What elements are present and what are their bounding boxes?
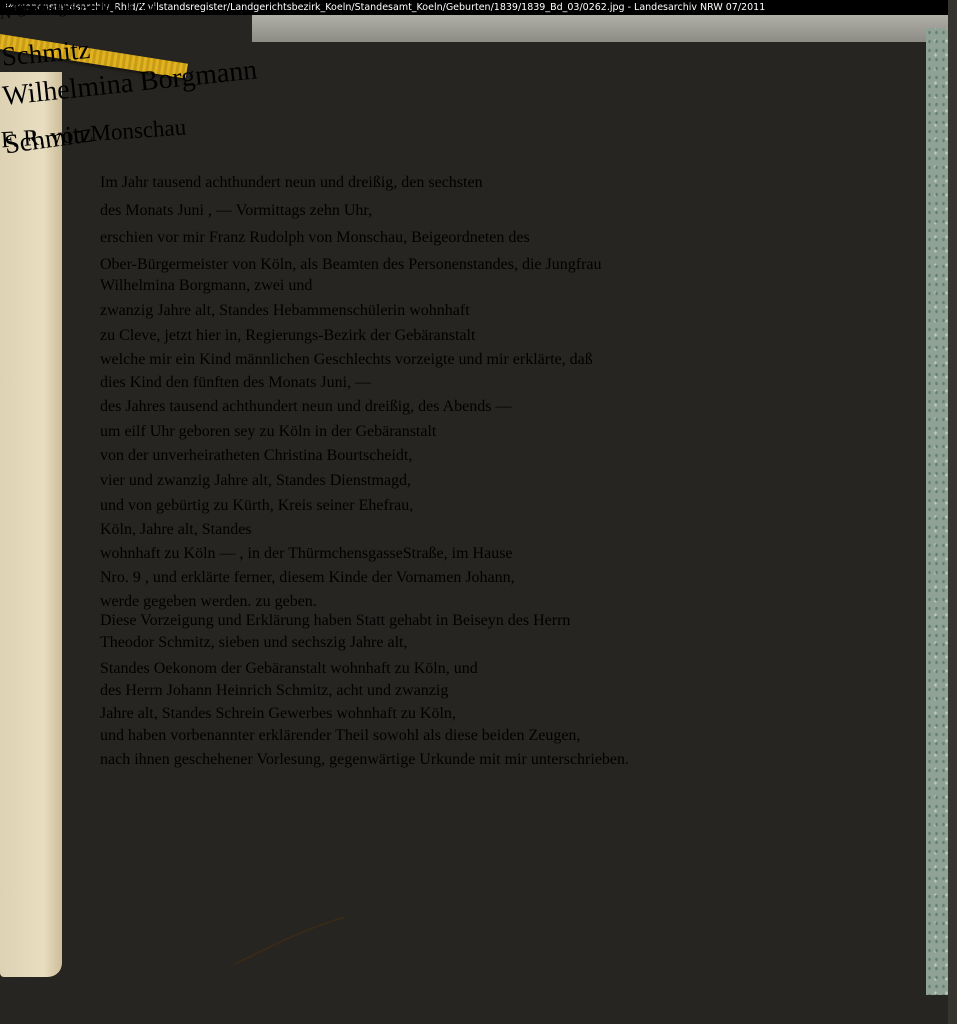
text-segment: sechsten xyxy=(428,174,482,191)
text-segment: Im Jahr tausend achthundert xyxy=(100,174,285,191)
text-segment: Köln — xyxy=(184,545,240,562)
text-segment: neun xyxy=(285,174,320,191)
text-segment: Köln, xyxy=(414,660,454,677)
text-segment: Franz Rudolph von Monschau, Beigeordnete… xyxy=(209,229,530,246)
text-segment: gebürtig zu Kürth, Kreis xyxy=(156,497,316,514)
bezirk-label: Regierungs-Bezirk Köln. xyxy=(0,0,161,18)
text-segment: der Gebäranstalt xyxy=(370,327,475,344)
text-segment: Geschlechts vorzeigte und mir erklärte, … xyxy=(314,351,593,368)
text-segment: in der Gebäranstalt xyxy=(315,423,437,440)
text-segment: des Monats xyxy=(243,374,320,391)
facing-page-edge xyxy=(0,72,62,977)
text-segment: wohnhaft zu xyxy=(100,545,184,562)
text-segment: Jahre alt, xyxy=(350,634,408,651)
document-line: Diese Vorzeigung und Erklärung haben Sta… xyxy=(100,612,570,630)
document-line: Jahre alt, Standes Schrein Gewerbes wohn… xyxy=(100,705,456,723)
text-segment: Uhr geboren sey zu Köln xyxy=(150,423,315,440)
text-segment: dies Kind den xyxy=(100,374,193,391)
text-segment: Jahre alt, Standes xyxy=(157,302,273,319)
document-line: des Jahres tausend achthundert neun und … xyxy=(100,398,511,416)
text-segment: fünften xyxy=(193,374,243,391)
text-segment: Jahre alt, Standes xyxy=(140,521,252,538)
text-segment: seiner Ehefrau, xyxy=(316,497,413,514)
text-segment: welche mir ein Kind xyxy=(100,351,235,368)
text-segment: Jahre alt, Standes xyxy=(214,472,330,489)
text-segment: Johann, xyxy=(465,569,514,586)
text-segment: Jahre alt, Standes xyxy=(100,705,216,722)
text-segment: eilf xyxy=(124,423,149,440)
text-segment: Dienstmagd, xyxy=(330,472,411,489)
text-segment: vier und zwanzig xyxy=(100,472,214,489)
document-line: nach ihnen geschehener Vorlesung, gegenw… xyxy=(100,751,629,769)
text-segment: , — xyxy=(208,202,236,219)
document-line: und von gebürtig zu Kürth, Kreis seiner … xyxy=(100,497,413,515)
text-segment: wohnhaft zu xyxy=(336,705,420,722)
text-segment: Köln, xyxy=(100,521,140,538)
text-segment: Thürmchensgasse xyxy=(288,545,403,562)
text-segment: zwanzig xyxy=(100,302,157,319)
text-segment: Diese Vorzeigung und Erklärung haben Sta… xyxy=(100,612,533,629)
text-segment: neun xyxy=(302,398,337,415)
document-line: des Herrn Johann Heinrich Schmitz, acht … xyxy=(100,682,448,700)
text-segment: Herrn Johann Heinrich Schmitz, acht und … xyxy=(125,682,448,699)
text-segment: Herrn xyxy=(533,612,570,629)
text-segment: und von xyxy=(100,497,156,514)
document-line: dies Kind den fünften des Monats Juni, — xyxy=(100,374,371,392)
document-line: Im Jahr tausend achthundert neun und dre… xyxy=(100,174,483,192)
text-segment: mittags xyxy=(259,202,310,219)
text-segment: die Jungfrau xyxy=(522,256,602,273)
text-segment: Vor xyxy=(236,202,259,219)
text-segment: Abends — xyxy=(443,398,512,415)
text-segment: Nro. xyxy=(100,569,133,586)
text-segment: , und erklärte ferner, diesem Kinde der … xyxy=(145,569,465,586)
text-segment: , in der xyxy=(240,545,289,562)
document-line: zu Cleve, jetzt hier in, Regierungs-Bezi… xyxy=(100,327,475,345)
text-segment: zu xyxy=(100,327,119,344)
text-segment: des xyxy=(100,682,125,699)
text-segment: Köln, xyxy=(420,705,456,722)
text-segment: Hebammenschülerin xyxy=(273,302,409,319)
document-line: Ober-Bürgermeister von Köln, als Beamten… xyxy=(100,256,601,274)
text-segment: nach ihnen geschehener Vorlesung, gegenw… xyxy=(100,751,629,768)
text-segment: Cleve, jetzt hier in, xyxy=(119,327,245,344)
text-segment: zehn xyxy=(310,202,344,219)
text-segment: Standes xyxy=(100,660,154,677)
document-line: Köln, Jahre alt, Standes xyxy=(100,521,252,539)
text-segment: Regierungs-Bezirk xyxy=(245,327,370,344)
text-segment: wohnhaft zu xyxy=(330,660,414,677)
document-line: Standes Oekonom der Gebäranstalt wohnhaf… xyxy=(100,660,478,678)
document-line: Theodor Schmitz, sieben und sechszig Jah… xyxy=(100,634,407,652)
document-line: um eilf Uhr geboren sey zu Köln in der G… xyxy=(100,423,436,441)
document-line: welche mir ein Kind männlichen Geschlech… xyxy=(100,351,593,369)
document-line: erschien vor mir Franz Rudolph von Monsc… xyxy=(100,229,530,247)
document-line: des Monats Juni , — Vormittags zehn Uhr, xyxy=(100,202,372,220)
document-line: und haben vorbenannter erklärender Theil… xyxy=(100,727,580,745)
text-segment: des Jahres tausend achthundert xyxy=(100,398,302,415)
text-segment: Uhr, xyxy=(344,202,372,219)
text-segment: diese beiden Zeugen, xyxy=(445,727,581,744)
document-line: zwanzig Jahre alt, Standes Hebammenschül… xyxy=(100,302,470,320)
document-line: werde gegeben werden. zu geben. xyxy=(100,593,317,611)
text-segment: männlichen xyxy=(235,351,314,368)
text-segment: werde gegeben werden. xyxy=(100,593,255,610)
signature-block: SchmitzWilhelmina BorgmannSchmitzF. R. v… xyxy=(0,0,957,120)
text-segment: Schrein Gewerbes xyxy=(216,705,337,722)
text-segment: Oekonom der Gebäranstalt xyxy=(154,660,330,677)
text-segment: der unverheiratheten Christina Bourtsche… xyxy=(128,447,412,464)
facing-page-fragment: des xyxy=(0,156,957,174)
document-line: wohnhaft zu Köln — , in der Thürmchensga… xyxy=(100,545,513,563)
text-segment: und dreißig, den xyxy=(320,174,428,191)
text-segment: im Hause xyxy=(452,545,513,562)
text-segment: wohnhaft xyxy=(409,302,469,319)
text-segment: Ober-Bürgermeister von Köln, als Beamten… xyxy=(100,256,522,273)
text-segment: erschien vor mir xyxy=(100,229,209,246)
backdrop-right-shadow xyxy=(948,0,957,1024)
document-line: Wilhelmina Borgmann, zwei und xyxy=(100,277,312,295)
text-segment: Juni xyxy=(177,202,208,219)
text-segment: Straße, xyxy=(403,545,452,562)
document-line: vier und zwanzig Jahre alt, Standes Dien… xyxy=(100,472,411,490)
text-segment: von xyxy=(100,447,128,464)
text-segment: um xyxy=(100,423,124,440)
text-segment: zu geben. xyxy=(255,593,316,610)
marbled-cover-edge xyxy=(926,28,948,995)
document-line: Nro. 9 , und erklärte ferner, diesem Kin… xyxy=(100,569,515,587)
text-segment: und dreißig, des xyxy=(337,398,443,415)
text-segment: und xyxy=(454,660,478,677)
document-line: von der unverheiratheten Christina Bourt… xyxy=(100,447,412,465)
text-segment: des Monats xyxy=(100,202,177,219)
text-segment: 9 xyxy=(133,569,145,586)
text-segment: Juni, — xyxy=(320,374,371,391)
text-segment: und haben vorbenannter erklärender Theil… xyxy=(100,727,445,744)
text-segment: Theodor Schmitz, sieben und sechszig xyxy=(100,634,350,651)
text-segment: Wilhelmina Borgmann, zwei und xyxy=(100,277,312,294)
pen-flourish xyxy=(230,912,350,972)
